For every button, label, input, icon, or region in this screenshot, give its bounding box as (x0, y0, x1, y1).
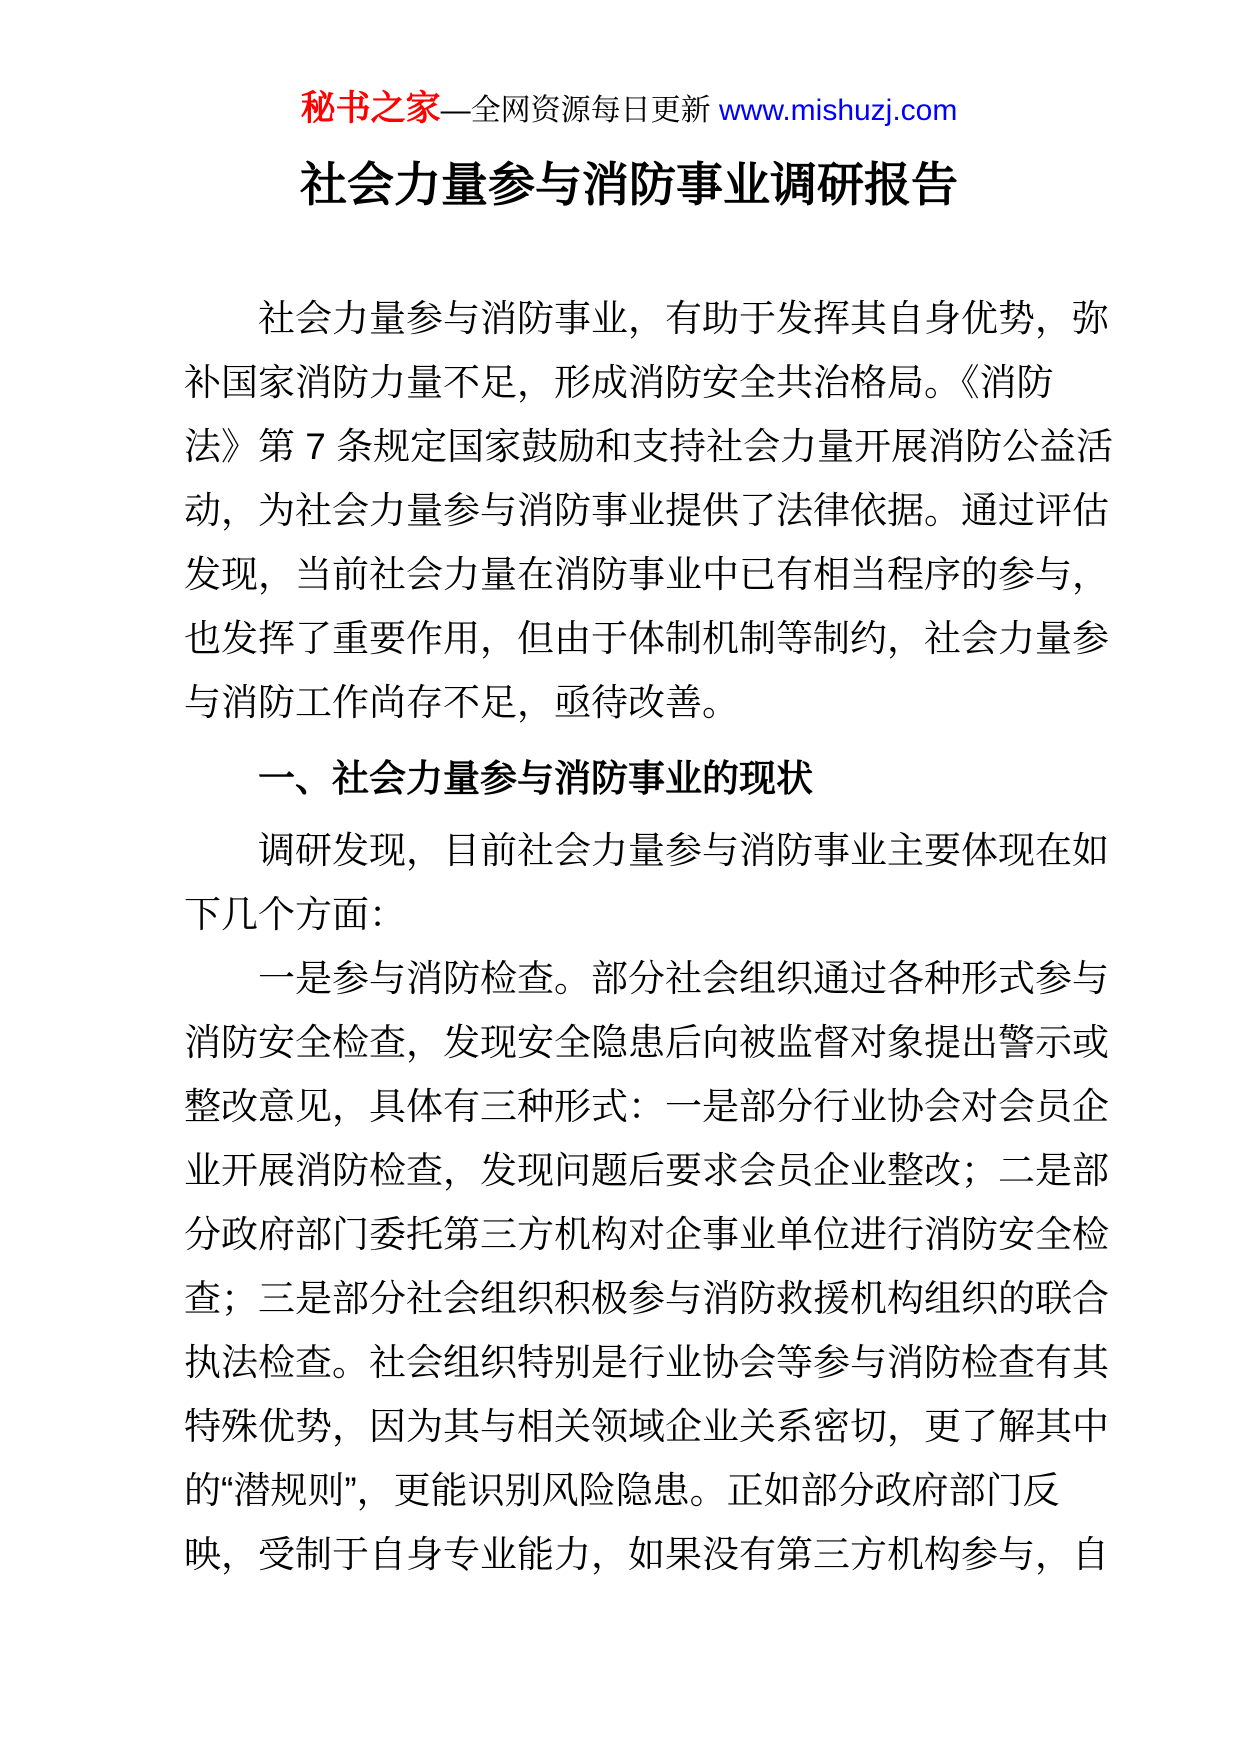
site-url-link[interactable]: www.mishuzj.com (719, 94, 957, 127)
header-tagline: —全网资源每日更新 (441, 94, 719, 127)
paragraph-line: 分政府部门委托第三方机构对企事业单位进行消防安全检 (184, 1203, 1074, 1267)
paragraph-line: 补国家消防力量不足，形成消防安全共治格局。《消防 (184, 351, 1074, 415)
paragraph-line: 映，受制于自身专业能力，如果没有第三方机构参与，自 (184, 1523, 1074, 1587)
page-header: 秘书之家—全网资源每日更新 www.mishuzj.com (184, 0, 1074, 134)
section-heading: 一、社会力量参与消防事业的现状 (184, 747, 1074, 811)
paragraph-line: 也发挥了重要作用，但由于体制机制等制约，社会力量参 (184, 607, 1074, 671)
paragraph-line: 特殊优势，因为其与相关领域企业关系密切，更了解其中 (184, 1395, 1074, 1459)
paragraph-line: 动，为社会力量参与消防事业提供了法律依据。通过评估 (184, 479, 1074, 543)
document-page: 秘书之家—全网资源每日更新 www.mishuzj.com 社会力量参与消防事业… (0, 0, 1240, 1754)
paragraph-line: 调研发现，目前社会力量参与消防事业主要体现在如 (184, 819, 1074, 883)
paragraph-line: 业开展消防检查，发现问题后要求会员企业整改；二是部 (184, 1139, 1074, 1203)
brand-text: 秘书之家 (301, 89, 441, 128)
document-title: 社会力量参与消防事业调研报告 (184, 152, 1074, 218)
paragraph-line: 法》第 7 条规定国家鼓励和支持社会力量开展消防公益活 (184, 415, 1074, 479)
paragraph-line: 的“潜规则”，更能识别风险隐患。正如部分政府部门反 (184, 1459, 1074, 1523)
paragraph-line: 发现，当前社会力量在消防事业中已有相当程序的参与， (184, 543, 1074, 607)
paragraph-line: 与消防工作尚存不足，亟待改善。 (184, 671, 1074, 735)
paragraph-line: 下几个方面： (184, 883, 1074, 947)
paragraph-line: 消防安全检查，发现安全隐患后向被监督对象提出警示或 (184, 1011, 1074, 1075)
paragraph-line: 查；三是部分社会组织积极参与消防救援机构组织的联合 (184, 1267, 1074, 1331)
paragraph-line: 执法检查。社会组织特别是行业协会等参与消防检查有其 (184, 1331, 1074, 1395)
paragraph-line: 社会力量参与消防事业，有助于发挥其自身优势，弥 (184, 287, 1074, 351)
paragraph-line: 整改意见，具体有三种形式：一是部分行业协会对会员企 (184, 1075, 1074, 1139)
paragraph-line: 一是参与消防检查。部分社会组织通过各种形式参与 (184, 947, 1074, 1011)
document-body: 社会力量参与消防事业，有助于发挥其自身优势，弥补国家消防力量不足，形成消防安全共… (184, 287, 1074, 1587)
document-content: 秘书之家—全网资源每日更新 www.mishuzj.com 社会力量参与消防事业… (184, 0, 1074, 1587)
